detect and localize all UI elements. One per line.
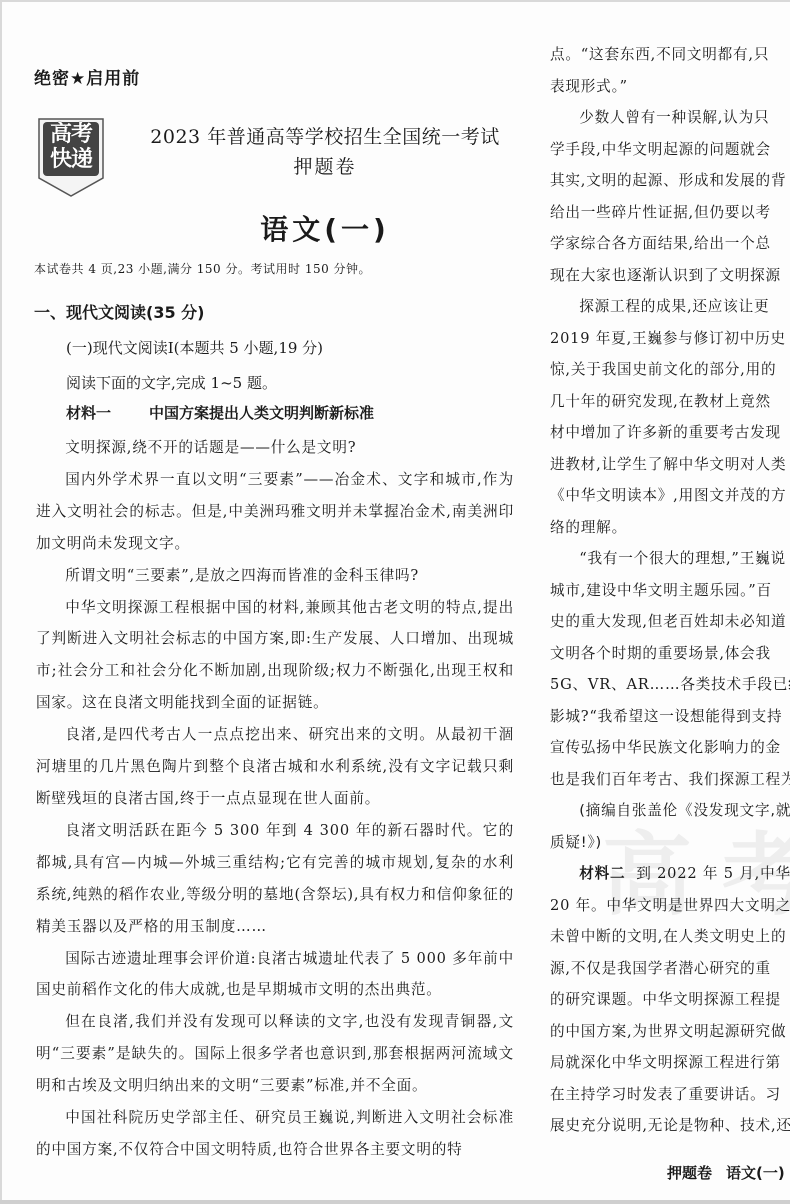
- text-line: 文明各个时期的重要场景,体会我: [550, 638, 790, 670]
- text-line: 的中国方案,为世界文明起源研究做: [550, 1016, 790, 1048]
- logo-line-2: 快递: [44, 147, 98, 172]
- text-line: 材中增加了许多新的重要考古发现: [550, 417, 790, 449]
- text-line: 探源工程的成果,还应该让更: [550, 291, 790, 323]
- text-line: 的研究课题。中华文明探源工程提: [550, 984, 790, 1016]
- material-2-first-line: 材料二 到 2022 年 5 月,中华: [550, 858, 790, 890]
- text-line: 表现形式。”: [550, 71, 790, 103]
- text-line: 少数人曾有一种误解,认为只: [550, 102, 790, 134]
- text-line: “我有一个很大的理想,”王巍说: [550, 543, 790, 575]
- text-line: 城市,建设中华文明主题乐园。”百: [550, 575, 790, 607]
- text-line: 5G、VR、AR……各类技术手段已经: [550, 669, 790, 701]
- subsection-title: (一)现代文阅读Ⅰ(本题共 5 小题,19 分): [66, 337, 323, 358]
- text-line: 现在大家也逐渐认识到了文明探源: [550, 260, 790, 292]
- text-line: 2019 年夏,王巍参与修订初中历史: [550, 323, 790, 355]
- material-1-heading: 材料一中国方案提出人类文明判断新标准: [66, 402, 374, 423]
- logo-line-1: 高考: [44, 122, 98, 147]
- section-title: 一、现代文阅读(35 分): [34, 300, 204, 323]
- text-line: 源,不仅是我国学者潜心研究的重: [550, 953, 790, 985]
- text-line: 几十年的研究发现,在教材上竟然: [550, 386, 790, 418]
- secret-label: 绝密★启用前: [34, 64, 140, 89]
- paragraph: 良渚,是四代考古人一点点挖出来、研究出来的文明。从最初干涸河塘里的几片黑色陶片到…: [36, 719, 514, 815]
- text-line: 点。“这套东西,不同文明都有,只: [550, 39, 790, 71]
- footer-label: 押题卷: [667, 1164, 712, 1182]
- page-footer: 押题卷语文(一): [667, 1162, 785, 1183]
- text-line: 其实,文明的起源、形成和发展的背: [550, 165, 790, 197]
- paragraph: 国内外学术界一直以文明“三要素”——冶金术、文字和城市,作为进入文明社会的标志。…: [36, 464, 514, 560]
- exam-intro: 本试卷共 4 页,23 小题,满分 150 分。考试用时 150 分钟。: [34, 260, 371, 277]
- text-line: 给出一些碎片性证据,但仍要以考: [550, 197, 790, 229]
- text-line: 《中华文明读本》,用图文并茂的方: [550, 480, 790, 512]
- text-line: 络的理解。: [550, 512, 790, 544]
- text-line: 影城?“我希望这一设想能得到支持: [550, 701, 790, 733]
- text-line: 学家综合各方面结果,给出一个总: [550, 228, 790, 260]
- text-line: 学手段,中华文明起源的问题就会: [550, 134, 790, 166]
- text-line: 史的重大发现,但老百姓却未必知道: [550, 606, 790, 638]
- material-1-title: 中国方案提出人类文明判断新标准: [149, 404, 374, 422]
- material-2-label: 材料二: [579, 865, 625, 882]
- paragraph: 中国社科院历史学部主任、研究员王巍说,判断进入文明社会标准的中国方案,不仅符合中…: [36, 1102, 514, 1166]
- citation-line-1: (摘编自张盖伦《没发现文字,就: [550, 795, 790, 827]
- text-line: 宣传弘扬中华民族文化影响力的金: [550, 732, 790, 764]
- paragraph: 但在良渚,我们并没有发现可以释读的文字,也没有发现青铜器,文明“三要素”是缺失的…: [36, 1006, 514, 1102]
- footer-subject: 语文(一): [726, 1164, 785, 1182]
- text-line: 进教材,让学生了解中华文明对人类: [550, 449, 790, 481]
- reading-instruction: 阅读下面的文字,完成 1~5 题。: [66, 372, 277, 393]
- gaokao-express-logo: 高考 快递: [36, 116, 106, 198]
- material-1-label: 材料一: [66, 404, 111, 422]
- text-line: 局就深化中华文明探源工程进行第: [550, 1047, 790, 1079]
- paragraph: 所谓文明“三要素”,是放之四海而皆准的金科玉律吗?: [36, 560, 514, 592]
- text-line: 也是我们百年考古、我们探源工程为: [550, 764, 790, 796]
- exam-title: 2023 年普通高等学校招生全国统一考试: [140, 122, 510, 149]
- text-line: 20 年。中华文明是世界四大文明之: [550, 890, 790, 922]
- text-line: 惊,关于我国史前文化的部分,用的: [550, 354, 790, 386]
- paragraph: 国际古迹遗址理事会评价道:良渚古城遗址代表了 5 000 多年前中国史前稻作文化…: [36, 943, 514, 1007]
- right-column-text: 点。“这套东西,不同文明都有,只 表现形式。” 少数人曾有一种误解,认为只 学手…: [550, 39, 790, 1142]
- citation-line-2: 质疑!》): [550, 827, 790, 859]
- paragraph: 中华文明探源工程根据中国的材料,兼顾其他古老文明的特点,提出了判断进入文明社会标…: [36, 592, 514, 720]
- exam-subtitle: 押题卷: [140, 152, 510, 179]
- text-line: 在主持学习时发表了重要讲话。习: [550, 1079, 790, 1111]
- text-line: 未曾中断的文明,在人类文明史上的: [550, 921, 790, 953]
- text-line: 展史充分说明,无论是物种、技术,还: [550, 1110, 790, 1142]
- subject-title: 语文(一): [140, 208, 510, 248]
- exam-page: 绝密★启用前 高考 快递 2023 年普通高等学校招生全国统一考试 押题卷 语文…: [2, 2, 790, 1202]
- left-column-text: 文明探源,绕不开的话题是——什么是文明? 国内外学术界一直以文明“三要素”——冶…: [36, 432, 514, 1166]
- bottom-border: [0, 1200, 790, 1204]
- paragraph: 良渚文明活跃在距今 5 300 年到 4 300 年的新石器时代。它的都城,具有…: [36, 815, 514, 943]
- paragraph: 文明探源,绕不开的话题是——什么是文明?: [36, 432, 514, 464]
